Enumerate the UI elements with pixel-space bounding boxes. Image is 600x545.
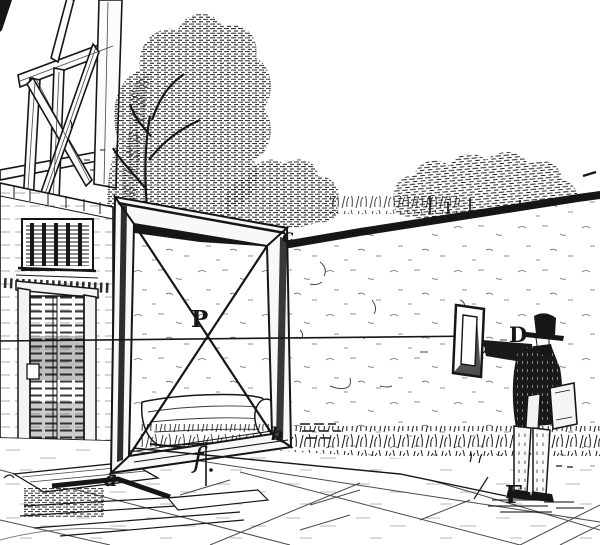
wall-base-grass (275, 426, 600, 456)
frame-corner-c-label: c (282, 227, 294, 246)
door-lock-block (27, 364, 39, 379)
eye-point-label: D (509, 324, 527, 345)
building (0, 183, 113, 452)
portfolio (550, 383, 577, 429)
engraving-illustration (0, 0, 600, 545)
door (16, 281, 98, 452)
plumb-foot-label: f (193, 444, 203, 472)
barred-window (16, 219, 98, 278)
hand-frame-mirror (453, 305, 484, 377)
frame-corner-a-label: a (104, 468, 118, 489)
frame-center-label: P (191, 308, 208, 331)
station-point-label: F (505, 483, 522, 507)
engraving-figure: P a b c f D F (0, 0, 600, 545)
wall-top-weeds (330, 196, 460, 214)
frame-corner-b-label: b (271, 426, 284, 444)
